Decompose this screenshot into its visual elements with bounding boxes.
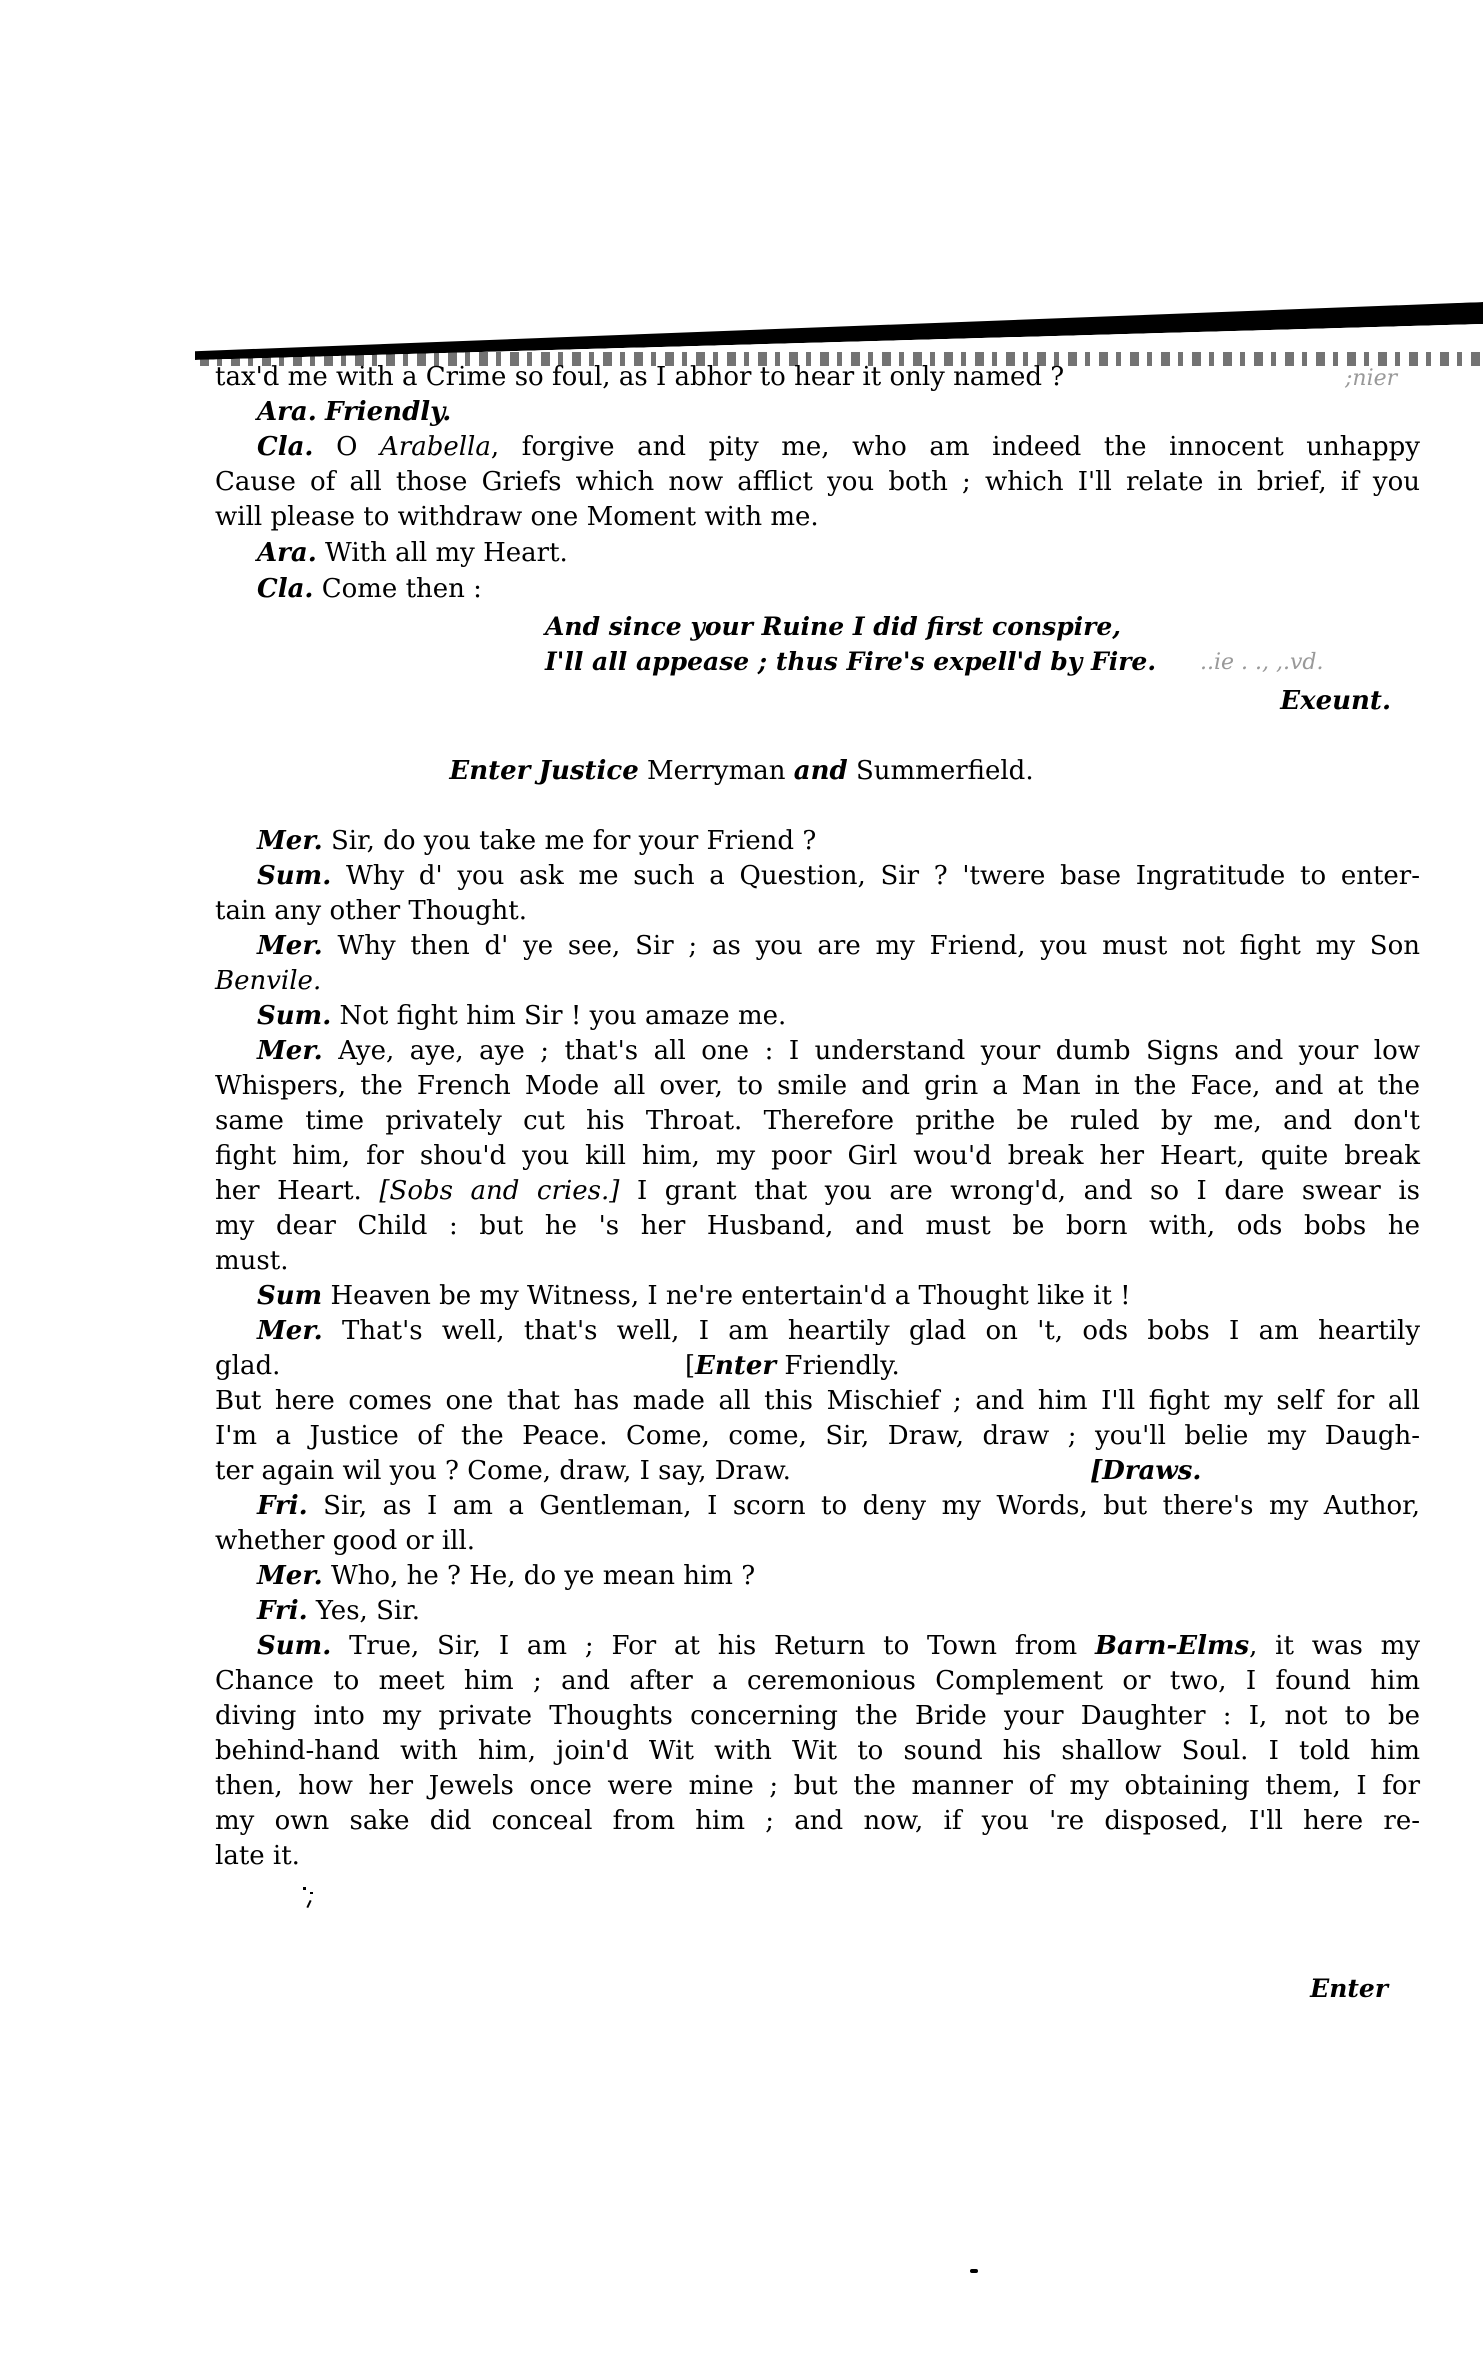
text-line: late it. <box>215 1841 1420 1871</box>
text-line: I'm a Justice of the Peace. Come, come, … <box>215 1421 1420 1451</box>
speech-sum: Sum Heaven be my Witness, I ne're entert… <box>215 1281 1420 1311</box>
speaker-label: Sum <box>257 1281 322 1311</box>
speaker-label: Ara. <box>257 538 317 568</box>
speaker-label: Sum. <box>257 1631 331 1661</box>
speech-mer: Mer. That's well, that's well, I am hear… <box>215 1316 1420 1346</box>
speaker-label: Sum. <box>257 1001 331 1031</box>
stage-direction-enter-friendly: [Enter Friendly. <box>685 1351 900 1381</box>
stage-direction-exeunt: Exeunt. <box>1280 686 1391 716</box>
text-line: tain any other Thought. <box>215 896 1420 926</box>
scene-heading: Enter Justice Merryman and Summerfield. <box>0 756 1483 786</box>
text-line: then, how her Jewels once were mine ; bu… <box>215 1771 1420 1801</box>
ink-speck <box>310 1892 313 1894</box>
speech-mer: Mer. Who, he ? He, do ye mean him ? <box>215 1561 1420 1591</box>
speech-cla: Cla. Come then : <box>215 574 1420 604</box>
speech-ara: Ara. Friendly. <box>215 397 1420 427</box>
margin-bleed: ;nier <box>1345 366 1397 391</box>
text-line: whether good or ill. <box>215 1526 1420 1556</box>
speech-sum: Sum. Why d' you ask me such a Question, … <box>215 861 1420 891</box>
speaker-label: Mer. <box>257 1036 323 1066</box>
speaker-label: Cla. <box>257 432 313 462</box>
text-line: Cause of all those Griefs which now affl… <box>215 467 1420 497</box>
speech-text: Friendly. <box>325 397 451 427</box>
text-line: But here comes one that has made all thi… <box>215 1386 1420 1416</box>
text-line: her Heart. [Sobs and cries.] I grant tha… <box>215 1176 1420 1206</box>
name-benvile: Benvile. <box>215 966 321 996</box>
speech-mer: Mer. Sir, do you take me for your Friend… <box>215 826 1420 856</box>
text-line: Chance to meet him ; and after a ceremon… <box>215 1666 1420 1696</box>
text-line: ter again wil you ? Come, draw, I say, D… <box>215 1456 1420 1486</box>
speaker-label: Fri. <box>257 1596 308 1626</box>
name-arabella: Arabella <box>380 432 491 462</box>
text-line: will please to withdraw one Moment with … <box>215 502 1420 532</box>
speech-sum: Sum. True, Sir, I am ; For at his Return… <box>215 1631 1420 1661</box>
text-line: fight him, for shou'd you kill him, my p… <box>215 1141 1420 1171</box>
margin-bleed: ..ie . ., ,.vd. <box>1200 650 1324 675</box>
speaker-label: Cla. <box>257 574 313 604</box>
speech-fri: Fri. Yes, Sir. <box>215 1596 1420 1626</box>
text-line: glad. [Enter Friendly. <box>215 1351 1420 1381</box>
speech-fri: Fri. Sir, as I am a Gentleman, I scorn t… <box>215 1491 1420 1521</box>
speaker-label: Mer. <box>257 931 323 961</box>
speaker-label: Fri. <box>257 1491 308 1521</box>
speech-mer: Mer. Aye, aye, aye ; that's all one : I … <box>215 1036 1420 1066</box>
text-line: behind-hand with him, join'd Wit with Wi… <box>215 1736 1420 1766</box>
verse-line: And since your Ruine I did first conspir… <box>545 612 1121 641</box>
verse-line: I'll all appease ; thus Fire's expell'd … <box>545 647 1156 676</box>
speaker-label: Sum. <box>257 861 331 891</box>
stage-direction-sobs: [Sobs and cries.] <box>379 1176 619 1206</box>
ink-speck <box>303 1887 306 1890</box>
text-line: must. <box>215 1246 1420 1276</box>
speech-ara: Ara. With all my Heart. <box>215 538 1420 568</box>
ink-speck <box>970 2269 978 2273</box>
book-page: tax'd me with a Crime so foul, as I abho… <box>0 0 1483 2361</box>
text-line: same time privately cut his Throat. Ther… <box>215 1106 1420 1136</box>
speaker-label: Mer. <box>257 1561 323 1591</box>
place-barn-elms: Barn-Elms <box>1095 1631 1249 1661</box>
ink-speck <box>306 1900 311 1908</box>
text-line: Benvile. <box>215 966 1420 996</box>
speaker-label: Mer. <box>257 1316 323 1346</box>
speaker-label: Mer. <box>257 826 323 856</box>
speech-sum: Sum. Not fight him Sir ! you amaze me. <box>215 1001 1420 1031</box>
text-line: diving into my private Thoughts concerni… <box>215 1701 1420 1731</box>
speech-cla: Cla. O Arabella, forgive and pity me, wh… <box>215 432 1420 462</box>
speech-mer: Mer. Why then d' ye see, Sir ; as you ar… <box>215 931 1420 961</box>
text-line: my own sake did conceal from him ; and n… <box>215 1806 1420 1836</box>
text-line: Whispers, the French Mode all over, to s… <box>215 1071 1420 1101</box>
catchword: Enter <box>1310 1974 1388 2003</box>
stage-direction-draws: [Draws. <box>1090 1456 1201 1486</box>
speaker-label: Ara. <box>257 397 317 427</box>
text-line: my dear Child : but he 's her Husband, a… <box>215 1211 1420 1241</box>
text-line: tax'd me with a Crime so foul, as I abho… <box>215 362 1420 392</box>
